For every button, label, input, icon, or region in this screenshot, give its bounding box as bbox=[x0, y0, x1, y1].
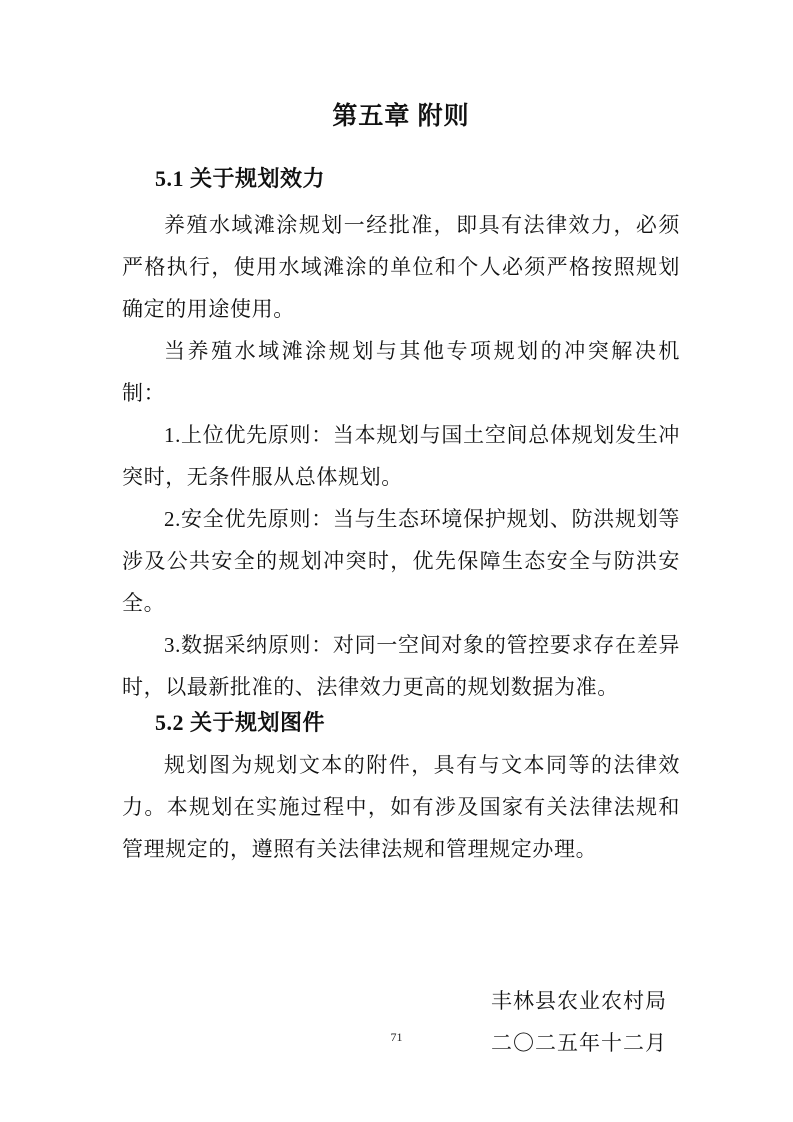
paragraph-conflict-mechanism: 当养殖水域滩涂规划与其他专项规划的冲突解决机制： bbox=[122, 330, 680, 414]
paragraph-principle-2: 2.安全优先原则：当与生态环境保护规划、防洪规划等涉及公共安全的规划冲突时，优先… bbox=[122, 498, 680, 624]
section-heading-5-2: 5.2 关于规划图件 bbox=[155, 708, 680, 738]
paragraph-plan-maps: 规划图为规划文本的附件，具有与文本同等的法律效力。本规划在实施过程中，如有涉及国… bbox=[122, 744, 680, 870]
paragraph-plan-effect: 养殖水域滩涂规划一经批准，即具有法律效力，必须严格执行，使用水域滩涂的单位和个人… bbox=[122, 204, 680, 330]
document-page: 第五章 附则 5.1 关于规划效力 养殖水域滩涂规划一经批准，即具有法律效力，必… bbox=[0, 0, 793, 1122]
page-number: 71 bbox=[0, 1030, 793, 1045]
chapter-title: 第五章 附则 bbox=[122, 100, 680, 134]
paragraph-principle-1: 1.上位优先原则：当本规划与国土空间总体规划发生冲突时，无条件服从总体规划。 bbox=[122, 414, 680, 498]
signature-block: 丰林县农业农村局 二〇二五年十二月 bbox=[122, 980, 680, 1064]
section-heading-5-1: 5.1 关于规划效力 bbox=[155, 164, 680, 194]
signature-organization: 丰林县农业农村局 bbox=[122, 980, 667, 1022]
paragraph-principle-3: 3.数据采纳原则：对同一空间对象的管控要求存在差异时，以最新批准的、法律效力更高… bbox=[122, 624, 680, 708]
